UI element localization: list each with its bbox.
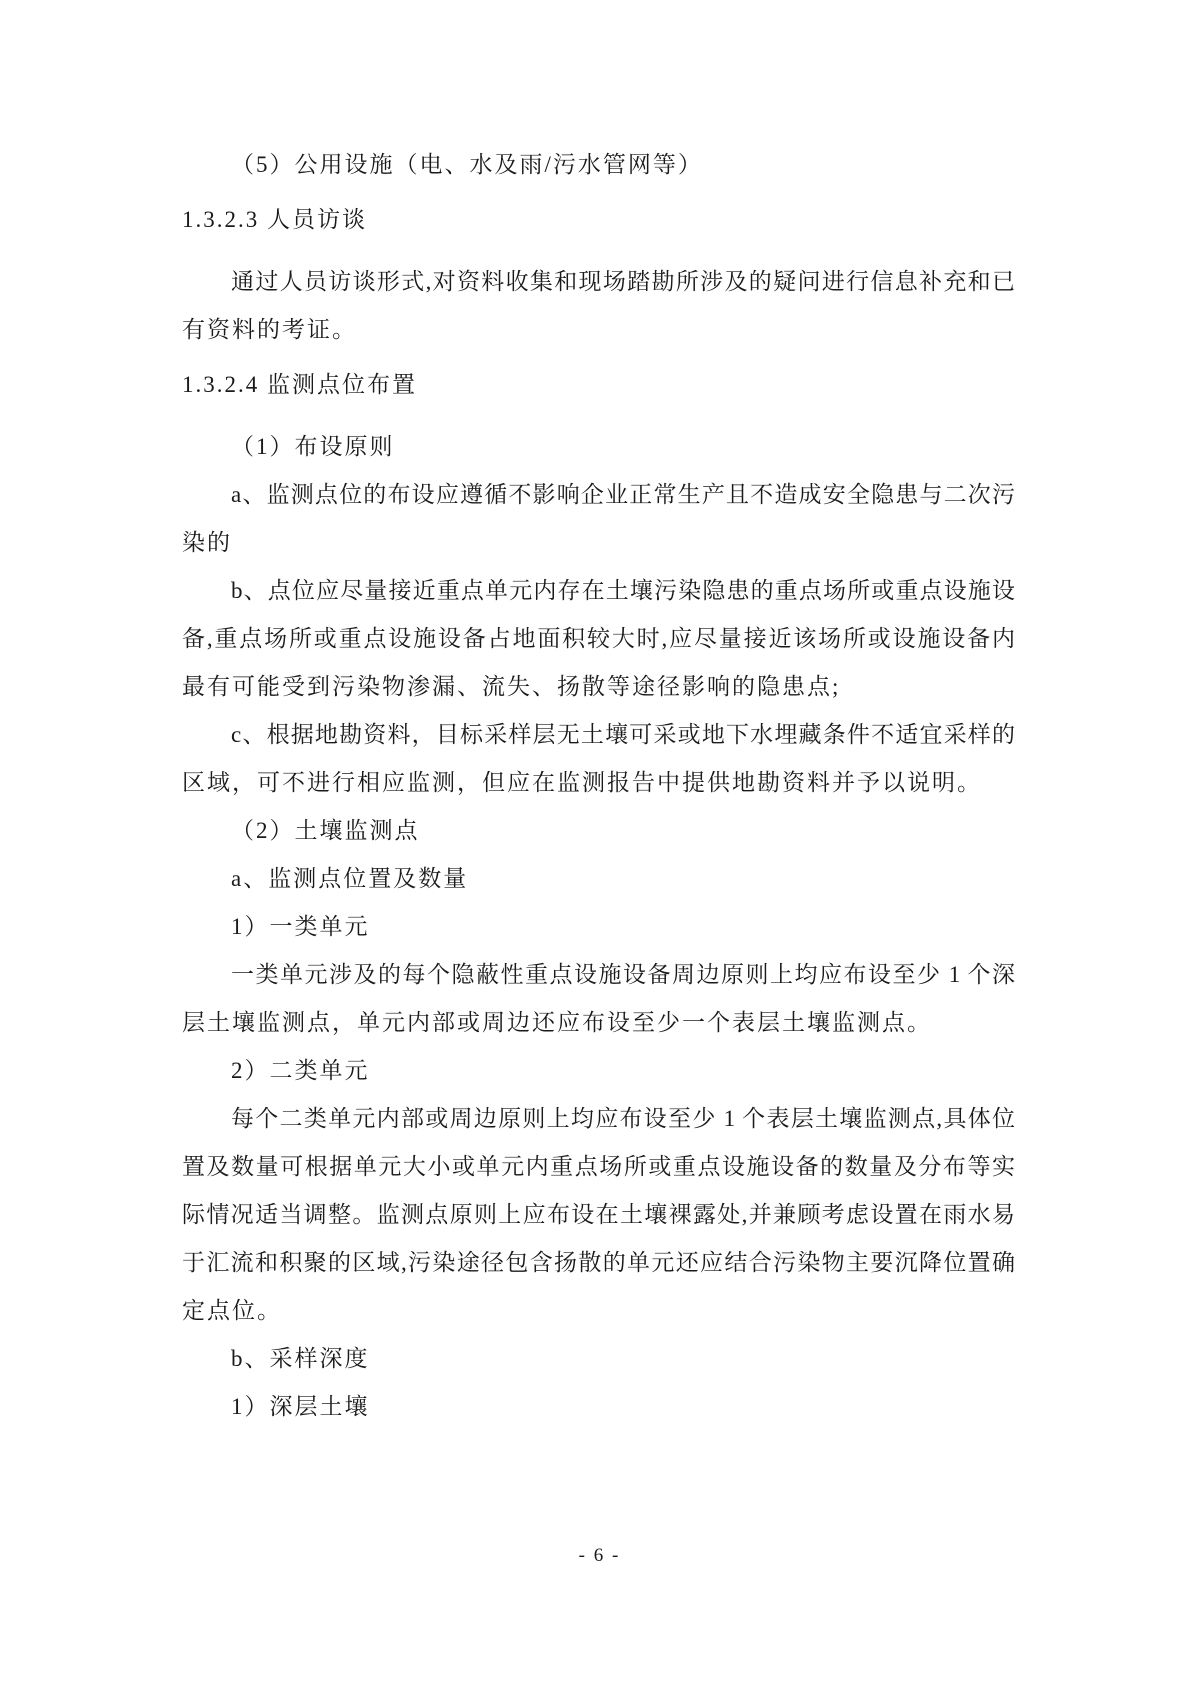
document-body: （5）公用设施（电、水及雨/污水管网等）1.3.2.3 人员访谈通过人员访谈形式… (182, 141, 1015, 1431)
text-line: 1）一类单元 (182, 903, 1015, 951)
text-line: 层土壤监测点，单元内部或周边还应布设至少一个表层土壤监测点。 (182, 999, 1015, 1047)
document-page: （5）公用设施（电、水及雨/污水管网等）1.3.2.3 人员访谈通过人员访谈形式… (0, 0, 1199, 1696)
text-line: 区域，可不进行相应监测，但应在监测报告中提供地勘资料并予以说明。 (182, 759, 1015, 807)
text-line: 通过人员访谈形式,对资料收集和现场踏勘所涉及的疑问进行信息补充和已 (182, 258, 1015, 306)
text-line: 有资料的考证。 (182, 306, 1015, 354)
text-line: 备,重点场所或重点设施设备占地面积较大时,应尽量接近该场所或设施设备内 (182, 615, 1015, 663)
text-line: 一类单元涉及的每个隐蔽性重点设施设备周边原则上均应布设至少 1 个深 (182, 951, 1015, 999)
text-line: 2）二类单元 (182, 1047, 1015, 1095)
text-line: 每个二类单元内部或周边原则上均应布设至少 1 个表层土壤监测点,具体位 (182, 1095, 1015, 1143)
text-line: 定点位。 (182, 1287, 1015, 1335)
text-line: 染的 (182, 519, 1015, 567)
text-line: a、监测点位置及数量 (182, 855, 1015, 903)
text-line: （5）公用设施（电、水及雨/污水管网等） (182, 141, 1015, 189)
text-line: 最有可能受到污染物渗漏、流失、扬散等途径影响的隐患点; (182, 663, 1015, 711)
text-line: （1）布设原则 (182, 423, 1015, 471)
text-line: （2）土壤监测点 (182, 807, 1015, 855)
text-line: a、监测点位的布设应遵循不影响企业正常生产且不造成安全隐患与二次污 (182, 471, 1015, 519)
text-line: 于汇流和积聚的区域,污染途径包含扬散的单元还应结合污染物主要沉降位置确 (182, 1239, 1015, 1287)
text-line: 1.3.2.3 人员访谈 (182, 196, 1015, 244)
text-line: b、采样深度 (182, 1335, 1015, 1383)
text-line: b、点位应尽量接近重点单元内存在土壤污染隐患的重点场所或重点设施设 (182, 567, 1015, 615)
text-line: 1）深层土壤 (182, 1383, 1015, 1431)
page-number: - 6 - (0, 1543, 1199, 1569)
text-line: 置及数量可根据单元大小或单元内重点场所或重点设施设备的数量及分布等实 (182, 1143, 1015, 1191)
text-line: 1.3.2.4 监测点位布置 (182, 361, 1015, 409)
text-line: 际情况适当调整。监测点原则上应布设在土壤裸露处,并兼顾考虑设置在雨水易 (182, 1191, 1015, 1239)
text-line: c、根据地勘资料，目标采样层无土壤可采或地下水埋藏条件不适宜采样的 (182, 711, 1015, 759)
